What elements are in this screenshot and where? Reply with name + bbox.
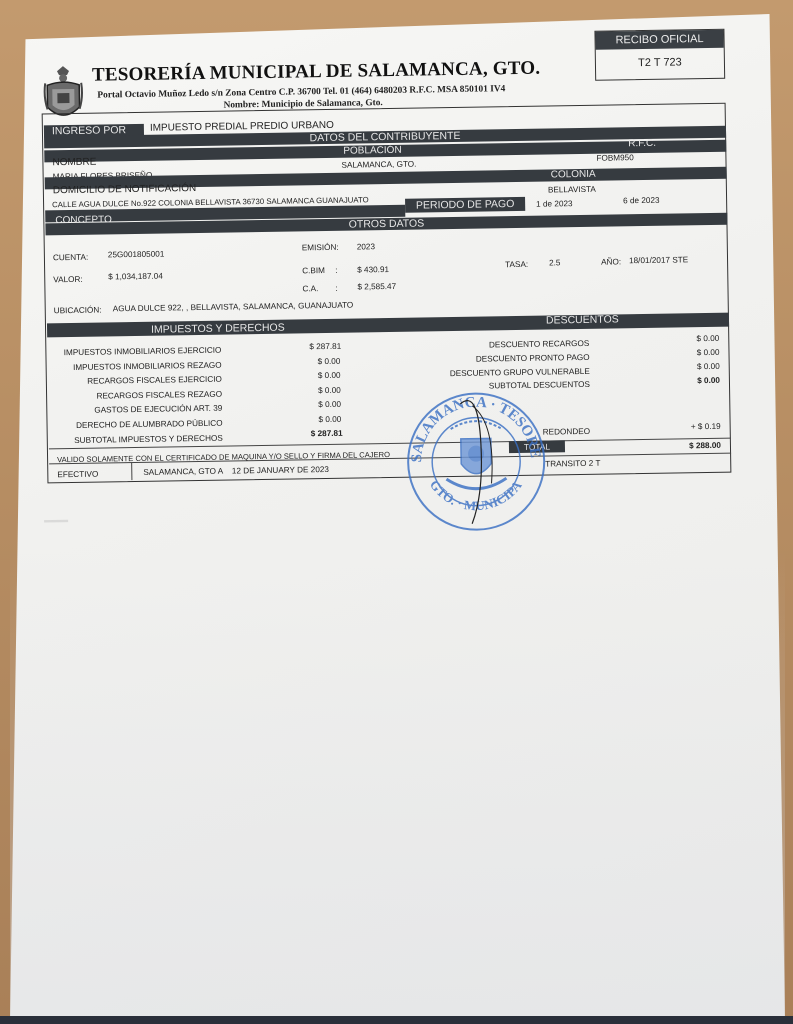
impuestos-subtotal-value: $ 287.81 [311,429,343,438]
periodo-hasta: 6 de 2023 [623,196,660,206]
valor-value: $ 1,034,187.04 [108,272,163,282]
ca-value: $ 2,585.47 [357,282,396,292]
redondeo-value: + $ 0.19 [643,422,721,432]
descuento-row-amount: $ 0.00 [642,362,720,372]
official-receipt-box: RECIBO OFICIAL T2 T 723 [594,29,725,81]
impuesto-row-amount: $ 0.00 [318,371,341,380]
colonia-value: BELLAVISTA [548,185,596,195]
impuesto-row-amount: $ 0.00 [318,356,341,365]
descuentos-subtotal-value: $ 0.00 [642,376,720,386]
anio-value: 18/01/2017 STE [629,255,688,265]
receipt-number: T2 T 723 [596,48,724,78]
anio-label: AÑO: [601,257,621,266]
poblacion-label: POBLACIÓN [343,145,402,157]
descuento-row-amount: $ 0.00 [641,348,719,358]
periodo-desde: 1 de 2023 [536,199,573,209]
valor-label: VALOR: [53,275,83,284]
impuestos-title: IMPUESTOS Y DERECHOS [151,322,285,336]
rfc-label: R.F.C. [628,138,656,149]
cbim-colon: : [335,266,337,275]
ubicacion-label: UBICACIÓN: [54,306,102,316]
receipt-document: TESORERÍA MUNICIPAL DE SALAMANCA, GTO. P… [0,0,793,1024]
impuesto-row-amount: $ 0.00 [318,414,341,423]
payment-method: EFECTIVO [57,470,98,480]
faded-print: ▬▬▬ [44,515,68,524]
cbim-label: C.BIM [302,266,325,275]
impuesto-row-amount: $ 0.00 [318,400,341,409]
cuenta-label: CUENTA: [53,253,88,263]
descuento-row-amount: $ 0.00 [641,334,719,344]
cuenta-value: 25G001805001 [108,250,165,260]
impuesto-row-amount: $ 287.81 [309,342,341,351]
transit-info: TRANSITO 2 T [545,459,600,469]
tasa-label: TASA: [505,260,528,269]
descuentos-title: DESCUENTOS [546,313,619,326]
rfc-value: FOBM950 [596,153,633,163]
cbim-value: $ 430.91 [357,265,389,274]
impuesto-row-amount: $ 0.00 [318,385,341,394]
emision-value: 2023 [357,242,375,251]
treasury-address: Portal Octavio Muñoz Ledo s/n Zona Centr… [97,84,505,100]
domicilio-label: DOMICILIO DE NOTIFICACIÓN [53,183,196,196]
nombre-label: NOMBRE [52,157,96,169]
periodo-label: PERIODO DE PAGO [405,197,525,213]
total-value: $ 288.00 [643,441,721,451]
poblacion-value: SALAMANCA, GTO. [341,160,416,170]
tasa-value: 2.5 [549,258,561,267]
treasury-title: TESORERÍA MUNICIPAL DE SALAMANCA, GTO. [92,58,540,87]
ca-colon: : [335,284,337,293]
emision-label: EMISIÓN: [302,243,339,253]
municipal-seal-stamp: SALAMANCA · TESORERÍA GTO. · MUNICIPAL [400,383,552,535]
receipt-label: RECIBO OFICIAL [595,30,723,50]
ca-label: C.A. [302,284,318,293]
colonia-label: COLONIA [551,169,596,181]
